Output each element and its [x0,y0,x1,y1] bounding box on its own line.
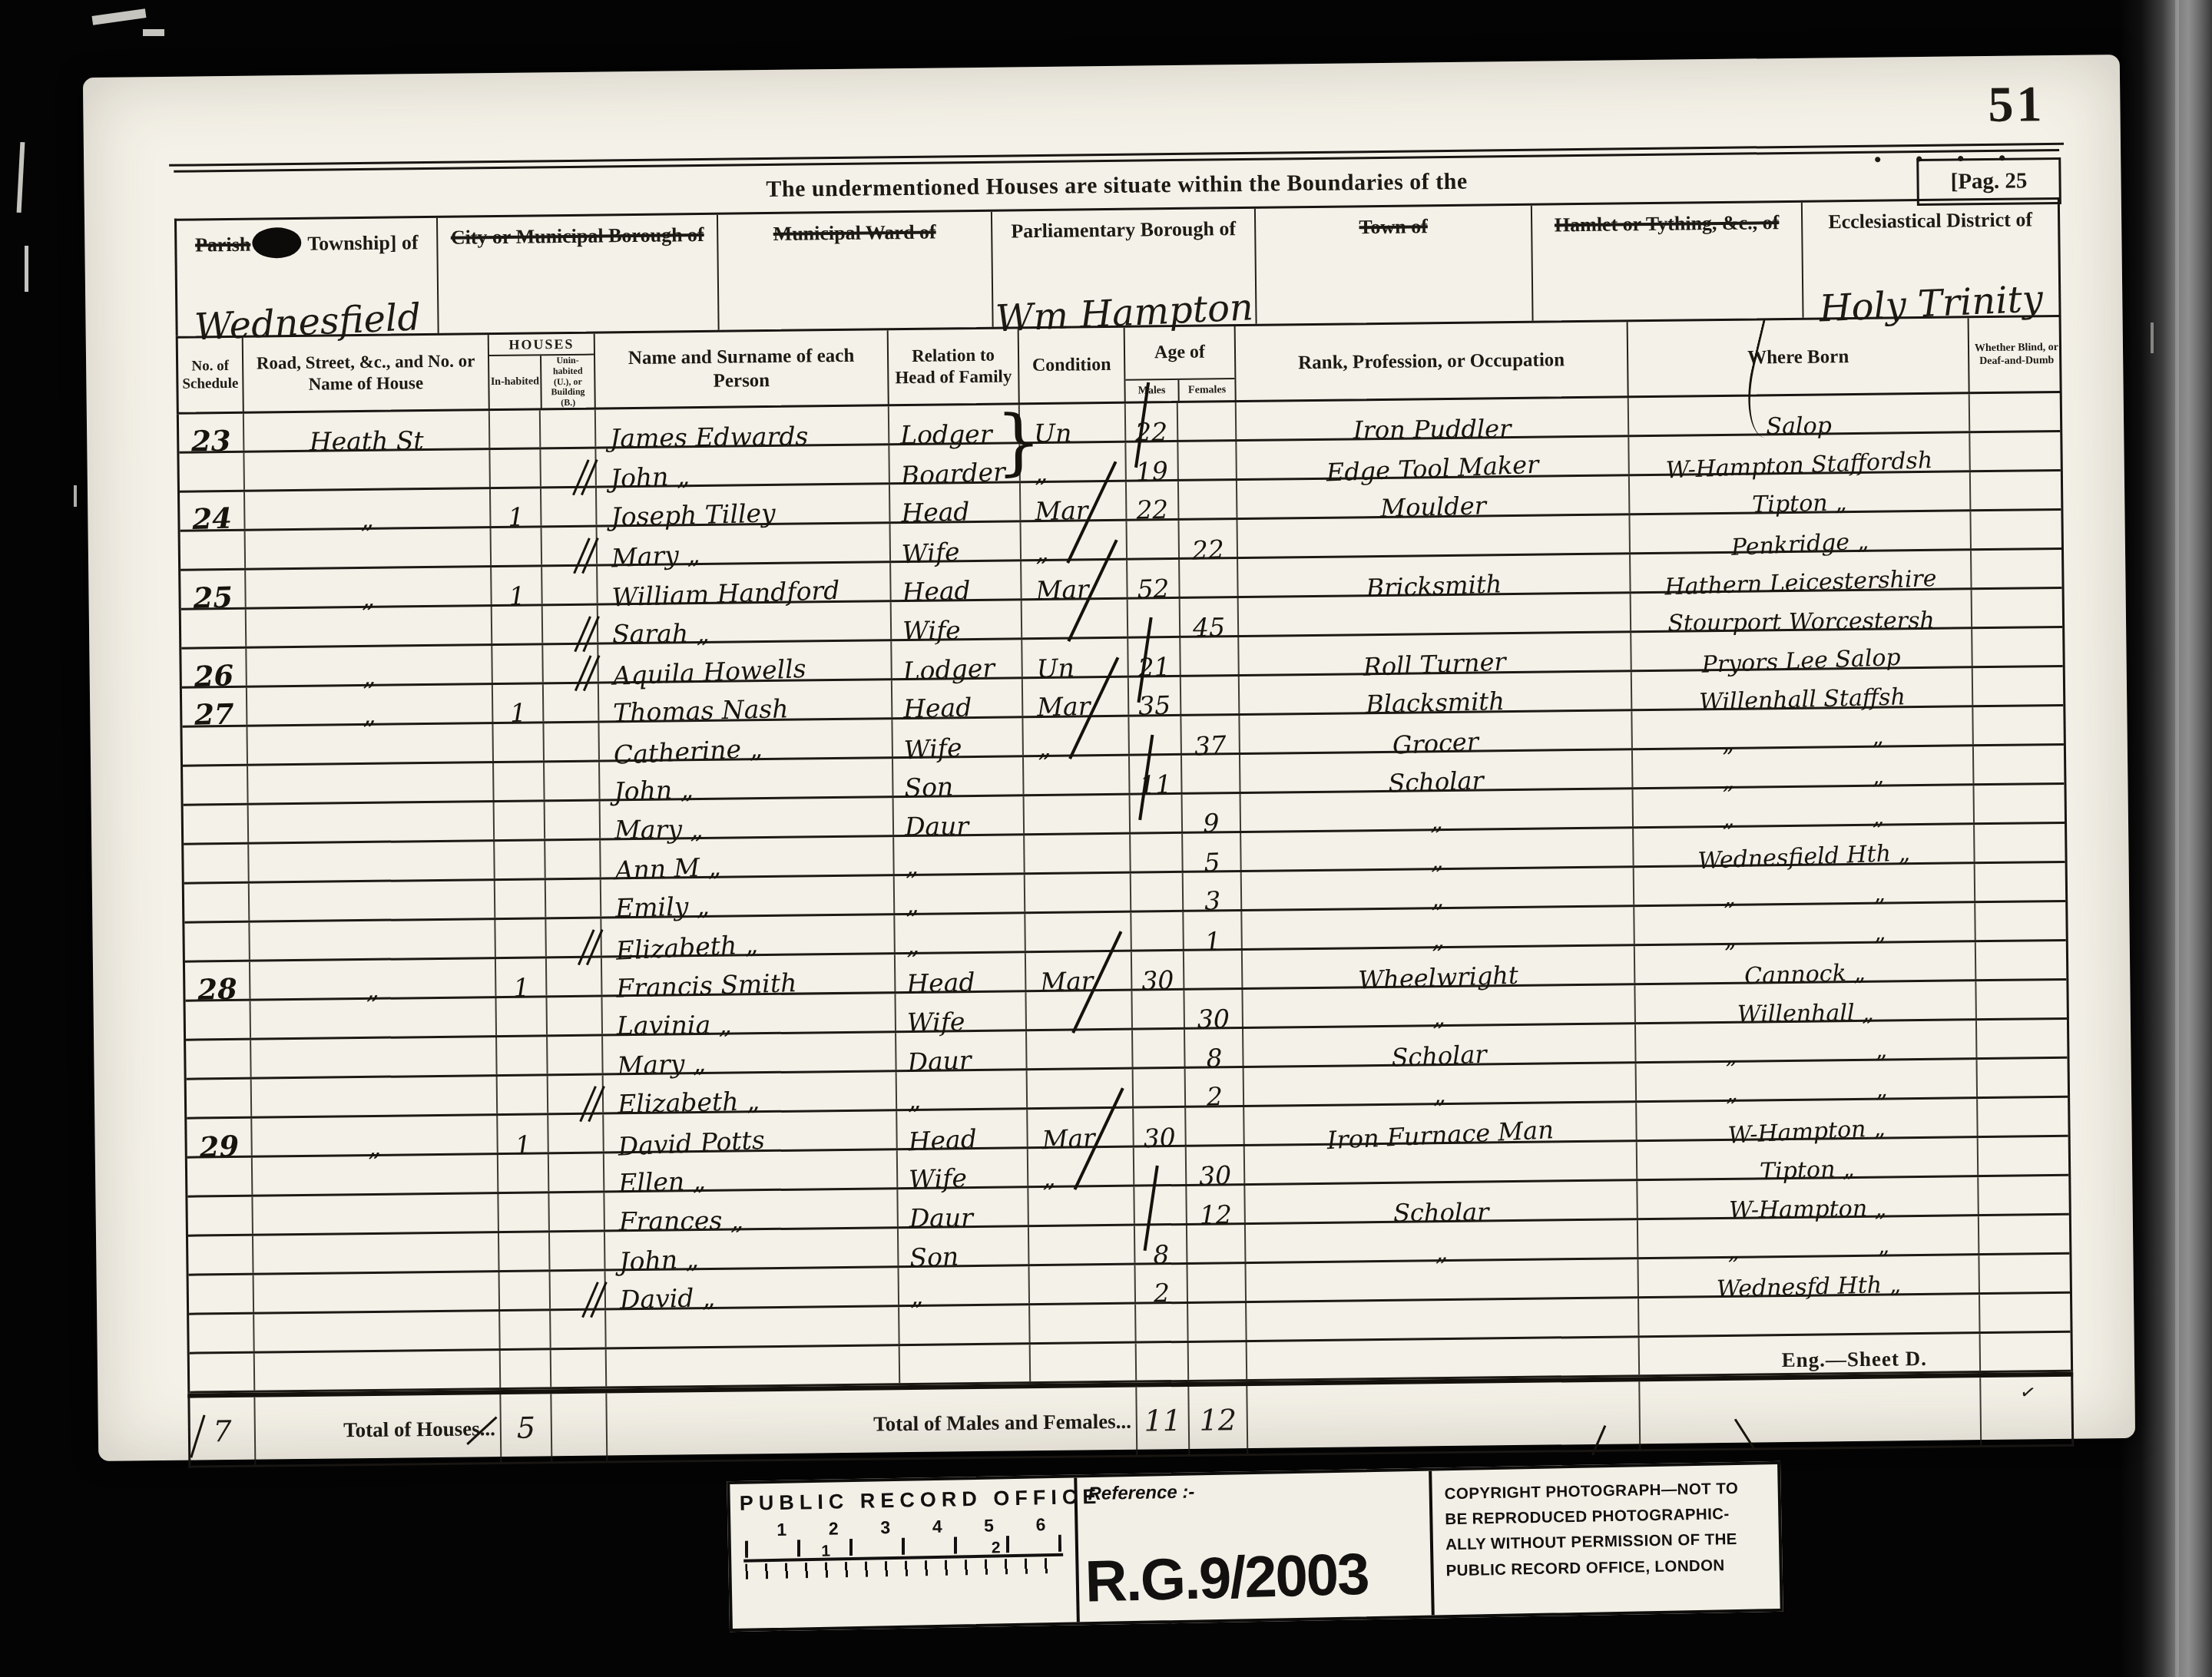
cell-disability [1970,432,2065,470]
pen-brace-mark: } [995,400,1042,485]
cell-road [251,1037,498,1077]
cell-schedule [184,884,250,921]
cell-inhabited [495,919,547,957]
cell-age-females: 30 [1184,990,1243,1027]
totals-houses-value: 5 [501,1394,552,1462]
cell-schedule [186,1001,252,1039]
cell-schedule [181,610,247,647]
cell-road: „ [247,646,493,686]
cell-uninhabited [547,997,603,1035]
cell-uninhabited [551,1349,608,1387]
cell-age-males: 22 [1126,403,1179,441]
cell-occupation: Grocer [1240,711,1633,752]
cell-age-females: 9 [1183,794,1242,832]
cell-schedule: 28 [185,962,251,1000]
cell-road [253,1233,500,1273]
cell-uninhabited [549,1153,605,1191]
cell-uninhabited [549,1192,605,1230]
cell-disability [1981,1333,2076,1371]
cell-disability [1971,471,2066,509]
cell-age-males: 30 [1132,951,1185,989]
cell-uninhabited [546,880,602,918]
cell-condition: Mar [1028,1109,1134,1147]
cell-uninhabited [548,1036,604,1073]
cell-schedule [183,766,249,804]
locality-cell: Parish Township] of Wednesfield [177,218,439,336]
cell-age-males [1131,873,1184,911]
cell-age-males [1133,1030,1186,1067]
cell-age-females [1178,402,1237,440]
cell-relation: „} [895,914,1026,952]
cell-inhabited: 1 [496,958,548,996]
cell-uninhabited [541,410,597,448]
cell-disability [1973,706,2068,744]
cell-relation: Lodger} [889,405,1021,443]
cell-inhabited [493,723,545,761]
ruler: 1 2 3 4 5 6 1 2 [740,1514,1066,1563]
cell-schedule [184,845,250,882]
cell-disability [1970,393,2065,431]
pen-slash-mark [586,1280,607,1320]
cell-relation: Wife} [892,718,1024,756]
locality-label: Ecclesiastical District of [1803,207,2058,235]
cell-inhabited [492,645,544,683]
cell-road: „ [246,567,492,607]
cell-condition [1030,1265,1137,1304]
cell-road [254,1311,501,1351]
cell-inhabited [492,606,544,643]
cell-road [253,1194,499,1234]
locality-label: Municipal Ward of [718,220,991,248]
cell-condition [1030,1305,1137,1343]
ruler-inch-number: 1 [777,1520,786,1540]
totals-born-cell [1640,1378,1982,1449]
cell-disability [1979,1137,2074,1175]
cell-disability [1971,511,2066,548]
cell-inhabited [501,1350,552,1388]
cell-age-males [1137,1343,1190,1381]
totals-males-value: 11 [1137,1387,1190,1455]
col-header-schedule: No. of Schedule [178,338,244,413]
locality-cell: Parliamentary Borough of Wm Hampton [992,209,1257,327]
cell-road [252,1077,498,1116]
cell-age-females [1181,637,1240,675]
ruler-inch-number: 6 [1035,1514,1045,1535]
cell-name [607,1346,901,1386]
pen-slash-mark [584,1084,604,1124]
cell-disability [1976,981,2071,1018]
pro-stamp-title: PUBLIC RECORD OFFICE [740,1486,1066,1516]
locality-cell: Hamlet or Tything, &c., of [1532,203,1804,321]
pro-stamp-reference-panel: Reference :- R.G.9/2003 [1077,1471,1435,1622]
totals-males-females-label: Total of Males and Females... [607,1388,1137,1461]
pro-stamp: PUBLIC RECORD OFFICE 1 2 3 4 5 6 1 2 Ref… [727,1461,1783,1632]
table-rows: 23 Heath St James Edwards Lodger} Un 22 … [177,393,2073,1394]
col-header-condition: Condition [1019,328,1126,404]
locality-cell: Ecclesiastical District of Holy Trinity [1803,200,2059,318]
cell-uninhabited [545,802,601,839]
cell-occupation: „ [1242,907,1635,948]
cell-condition: Mar [1026,952,1133,991]
cell-road [246,528,492,568]
cell-age-males [1128,521,1181,558]
cell-born: Penkridge „ [1630,511,1972,552]
ruler-cm-number: 2 [992,1539,1001,1557]
totals-check-cell: ✓ [1981,1377,2076,1445]
cell-schedule [187,1197,253,1235]
cell-condition [1031,1344,1137,1382]
cell-age-males: 19 [1126,442,1179,480]
cell-age-males: 22 [1127,481,1180,519]
cell-schedule: 23 [179,414,245,451]
pen-check-mark: ✓ [1979,1368,2077,1413]
cell-disability [1979,1216,2075,1253]
cell-disability [1972,589,2068,627]
cell-inhabited [490,449,541,487]
cell-condition: „ [1023,717,1130,756]
cell-road [249,842,495,881]
cell-inhabited [492,528,543,565]
cell-uninhabited [545,841,601,878]
cell-age-females [1189,1342,1248,1380]
cell-disability [1978,1098,2073,1136]
cell-relation: Wife} [891,522,1022,561]
pen-slash-mark [578,615,599,655]
cell-age-males [1129,716,1182,754]
cell-schedule: 27 [182,688,248,726]
cell-age-females: 8 [1185,1029,1244,1067]
cell-disability [1975,863,2071,901]
cell-road: „ [252,1116,498,1156]
cell-age-males: 21 [1128,638,1181,676]
pro-stamp-copyright-panel: COPYRIGHT PHOTOGRAPH—NOT TO BE REPRODUCE… [1432,1464,1780,1616]
sheet-note: Eng.—Sheet D. [1782,1347,1928,1372]
cell-occupation [1247,1338,1641,1379]
cell-schedule [179,453,245,491]
cell-inhabited [500,1272,551,1309]
cell-schedule: 29 [187,1119,253,1156]
col-header-age: Age of [1125,326,1235,379]
cell-schedule: 25 [180,571,247,608]
totals-occupation-cell [1247,1381,1641,1454]
cell-age-females: 1 [1184,911,1243,949]
cell-inhabited [499,1232,551,1270]
cell-schedule [189,1275,255,1313]
cell-relation: } [899,1305,1031,1344]
col-header-uninhabited: Unin-habited (U.), or Building (B.) [541,356,594,409]
cell-inhabited [497,997,548,1035]
pen-slash-mark [581,928,602,968]
cell-road [248,763,495,803]
cell-age-females: 45 [1181,598,1240,636]
cell-road [255,1351,502,1391]
cell-age-females: 30 [1187,1146,1246,1184]
locality-cell: Town of [1256,206,1534,324]
cell-occupation: Iron Puddler [1237,398,1630,439]
film-scratch [17,142,25,213]
film-scratch [2151,322,2154,353]
cell-disability [1972,550,2067,587]
cell-age-females: 5 [1183,833,1242,871]
film-scratch [25,246,28,292]
col-header-inhabited: In-habited [489,356,542,409]
cell-inhabited: 1 [491,488,542,526]
cell-disability [1974,785,2069,822]
cell-occupation: Iron Furnace Man [1244,1103,1637,1144]
col-header-name: Name and Surname of each Person [595,330,889,408]
cell-born [1639,1295,1981,1335]
cell-schedule [186,1040,252,1078]
cell-born: „ „ [1634,903,1976,944]
cell-age-males [1134,1069,1187,1106]
cell-disability [1972,628,2068,666]
cell-age-females [1187,1264,1247,1302]
cell-disability [1975,824,2070,862]
cell-schedule: 24 [180,492,246,530]
cell-age-females: 37 [1181,716,1240,753]
ink-blob [252,227,301,259]
cell-uninhabited [544,723,600,761]
cell-age-males [1128,599,1181,637]
cell-schedule [184,923,250,961]
locality-label: Hamlet or Tything, &c., of [1532,210,1801,238]
folio-number: 51 [1988,75,2045,134]
locality-label: Parish Township] of [177,226,436,260]
locality-cell: Municipal Ward of [718,212,994,330]
ruler-inch-number: 2 [829,1518,839,1539]
cell-uninhabited [550,1232,606,1269]
cell-condition [1025,795,1131,834]
col-header-occupation: Rank, Profession, or Occupation [1236,322,1629,401]
cell-age-females: 2 [1186,1068,1245,1106]
cell-age-males: 2 [1135,1265,1188,1302]
ruler-inch-number: 5 [984,1516,994,1536]
col-header-houses-group: HOUSES In-habited Unin-habited (U.), or … [489,334,596,410]
cell-disability [1979,1255,2075,1292]
cell-road [249,802,495,842]
cell-age-males: 35 [1129,677,1182,715]
cell-disability [1973,667,2068,705]
col-header-relation: Relation to Head of Family [889,329,1020,405]
cell-inhabited [495,841,546,878]
cell-schedule [184,805,250,843]
cell-age-males [1131,912,1184,950]
cell-relation: } [900,1345,1031,1383]
cell-inhabited [494,762,545,800]
pen-slash-mark [578,654,599,694]
cell-road: Heath St [244,411,491,451]
totals-houses-label: Total of Houses... [255,1394,502,1465]
cell-uninhabited [545,762,601,800]
cell-schedule [182,727,248,765]
cell-disability [1975,902,2071,940]
cell-condition [1027,1030,1134,1069]
cell-road: „ [245,489,492,529]
locality-label: Parliamentary Borough of [992,217,1254,244]
cell-occupation: Bricksmith [1238,554,1631,596]
cell-age-males [1131,834,1184,872]
cell-road [254,1272,501,1312]
col-header-disability: Whether Blind, or Deaf-and-Dumb [1969,317,2065,392]
col-header-age-group: Age of Males Females [1125,326,1237,402]
cell-age-females [1178,442,1237,479]
cell-inhabited [495,802,546,839]
cell-age-males [1136,1304,1189,1341]
cell-occupation [1237,515,1631,557]
cell-age-males: 52 [1128,560,1181,597]
cell-inhabited [497,1037,548,1074]
cell-name: James Edwards [596,406,890,446]
cell-age-females: 12 [1187,1186,1246,1223]
cell-disability [1976,941,2071,979]
cell-relation: Head} [897,1110,1028,1148]
cell-age-females [1188,1303,1247,1341]
pen-slash-mark [577,458,598,498]
locality-cell: City or Municipal Borough of [438,215,720,333]
cell-road [250,920,496,960]
film-scratch [74,485,77,507]
locality-label: City or Municipal Borough of [438,223,717,251]
cell-road: „ [250,959,497,999]
cell-schedule [187,1080,253,1117]
cell-schedule [190,1354,256,1391]
cell-condition [1025,835,1131,873]
ruler-inch-number: 4 [932,1517,942,1537]
cell-condition [1025,874,1132,912]
cell-schedule [180,531,247,569]
cell-inhabited: 1 [498,1115,549,1153]
cell-age-males: 11 [1130,756,1183,793]
cell-road [247,724,494,764]
cell-schedule: 26 [181,649,247,686]
cell-inhabited [495,880,547,918]
cell-inhabited: 1 [492,567,543,604]
col-header-females: Females [1179,379,1234,402]
pro-stamp-ruler-panel: PUBLIC RECORD OFFICE 1 2 3 4 5 6 1 2 [730,1477,1080,1629]
ruler-cm-number: 1 [821,1543,830,1561]
cell-age-males [1134,1186,1187,1224]
cell-age-females [1181,676,1240,714]
film-scratch [143,29,164,36]
cell-inhabited: 1 [493,684,545,722]
locality-label: Town of [1256,213,1531,242]
totals-uninhabited-cell [551,1393,608,1461]
totals-females-value: 12 [1189,1386,1248,1454]
copyright-line: PUBLIC RECORD OFFICE, LONDON [1445,1552,1767,1583]
cell-age-females: 22 [1179,520,1238,557]
cell-occupation: Scholar [1245,1181,1638,1222]
col-header-road: Road, Street, &c., and No. or Name of Ho… [243,335,490,412]
cell-disability [1978,1059,2073,1096]
cell-born: W-Hampton „ [1637,1099,1979,1139]
cell-disability [1979,1176,2074,1214]
cell-inhabited [500,1311,551,1348]
locality-row: Parish Township] of Wednesfield City or … [174,197,2061,336]
cell-born: „ „ [1632,707,1974,748]
cell-occupation: Roll Turner [1239,633,1632,674]
col-header-males: Males [1125,380,1179,402]
cell-inhabited [498,1193,550,1231]
cell-born: Salop [1629,394,1971,435]
film-scratch [92,8,147,25]
cell-road [250,881,496,921]
cell-occupation [1247,1298,1640,1340]
cell-age-males: 8 [1135,1225,1188,1263]
cell-age-males [1131,795,1184,832]
cell-schedule [189,1315,255,1352]
col-header-houses: HOUSES [489,334,594,357]
cell-age-females [1186,1107,1245,1145]
pen-slash-mark [578,537,598,577]
cell-age-females [1187,1225,1247,1262]
reference-value: R.G.9/2003 [1084,1541,1369,1616]
cell-age-females [1179,481,1238,518]
cell-age-males [1132,991,1185,1028]
cell-age-males: 30 [1134,1108,1187,1146]
census-film-scan: { "colors": {"paper":"#f4f1e8","ink":"#1… [0,0,2212,1677]
cell-disability [1974,746,2069,783]
cell-inhabited [490,410,541,448]
census-page: 51 . . . . The undermentioned Houses are… [83,55,2135,1461]
cell-age-females: 3 [1184,872,1243,910]
cell-disability [1977,1020,2072,1057]
cell-condition [1029,1226,1136,1265]
reference-label: Reference :- [1088,1477,1418,1505]
cell-disability [1980,1294,2075,1331]
cell-schedule [188,1236,254,1274]
cell-inhabited [498,1076,549,1113]
ruler-inch-number: 3 [880,1517,890,1538]
